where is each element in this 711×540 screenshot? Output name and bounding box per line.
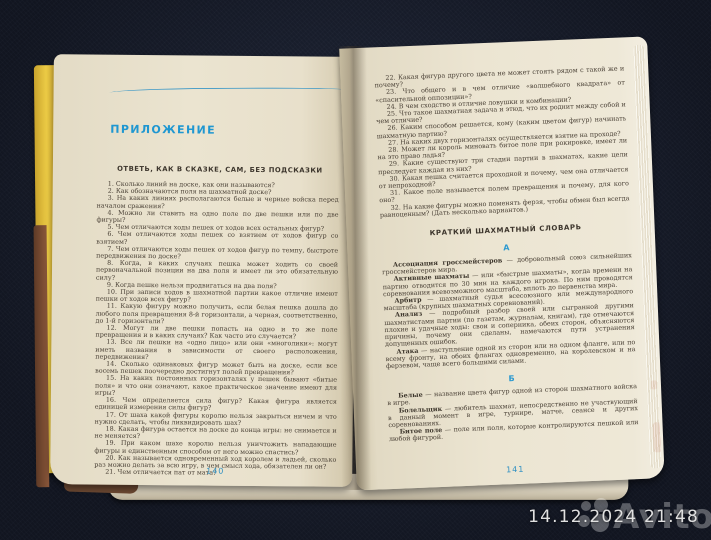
left-page: ПРИЛОЖЕНИЕ ОТВЕТЬ, КАК В СКАЗКЕ, САМ, БЕ… [50,54,356,487]
book-photo: ПРИЛОЖЕНИЕ ОТВЕТЬ, КАК В СКАЗКЕ, САМ, БЕ… [0,0,711,540]
question-list-left: 1. Сколько линий на доске, как они назыв… [94,181,339,478]
red-edge-mark-small [651,380,657,389]
left-page-content: ПРИЛОЖЕНИЕ ОТВЕТЬ, КАК В СКАЗКЕ, САМ, БЕ… [94,77,339,477]
dictionary-entries-a: Ассоциация гроссмейстеров — добровольный… [382,252,636,370]
dictionary-title: КРАТКИЙ ШАХМАТНЫЙ СЛОВАРЬ [381,221,631,239]
book-spine-edge-brown [34,225,50,487]
right-page: 22. Какая фигура другого цвета не может … [339,36,664,490]
question-list-right: 22. Какая фигура другого цвета не может … [374,65,630,219]
right-page-content: 22. Какая фигура другого цвета не может … [374,65,640,479]
page-number-right: 141 [390,460,640,479]
book-gutter-shadow [337,46,372,490]
open-book: ПРИЛОЖЕНИЕ ОТВЕТЬ, КАК В СКАЗКЕ, САМ, БЕ… [34,39,667,498]
quiz-title: ОТВЕТЬ, КАК В СКАЗКЕ, САМ, БЕЗ ПОДСКАЗКИ [101,165,339,175]
decorative-rule [110,87,346,96]
appendix-heading: ПРИЛОЖЕНИЕ [110,123,216,137]
dictionary-entries-b: Белые — название цвета фигур одной из ст… [387,383,639,443]
red-edge-mark-big [652,422,660,452]
photo-timestamp: 14.12.2024 21:48 [528,507,699,527]
